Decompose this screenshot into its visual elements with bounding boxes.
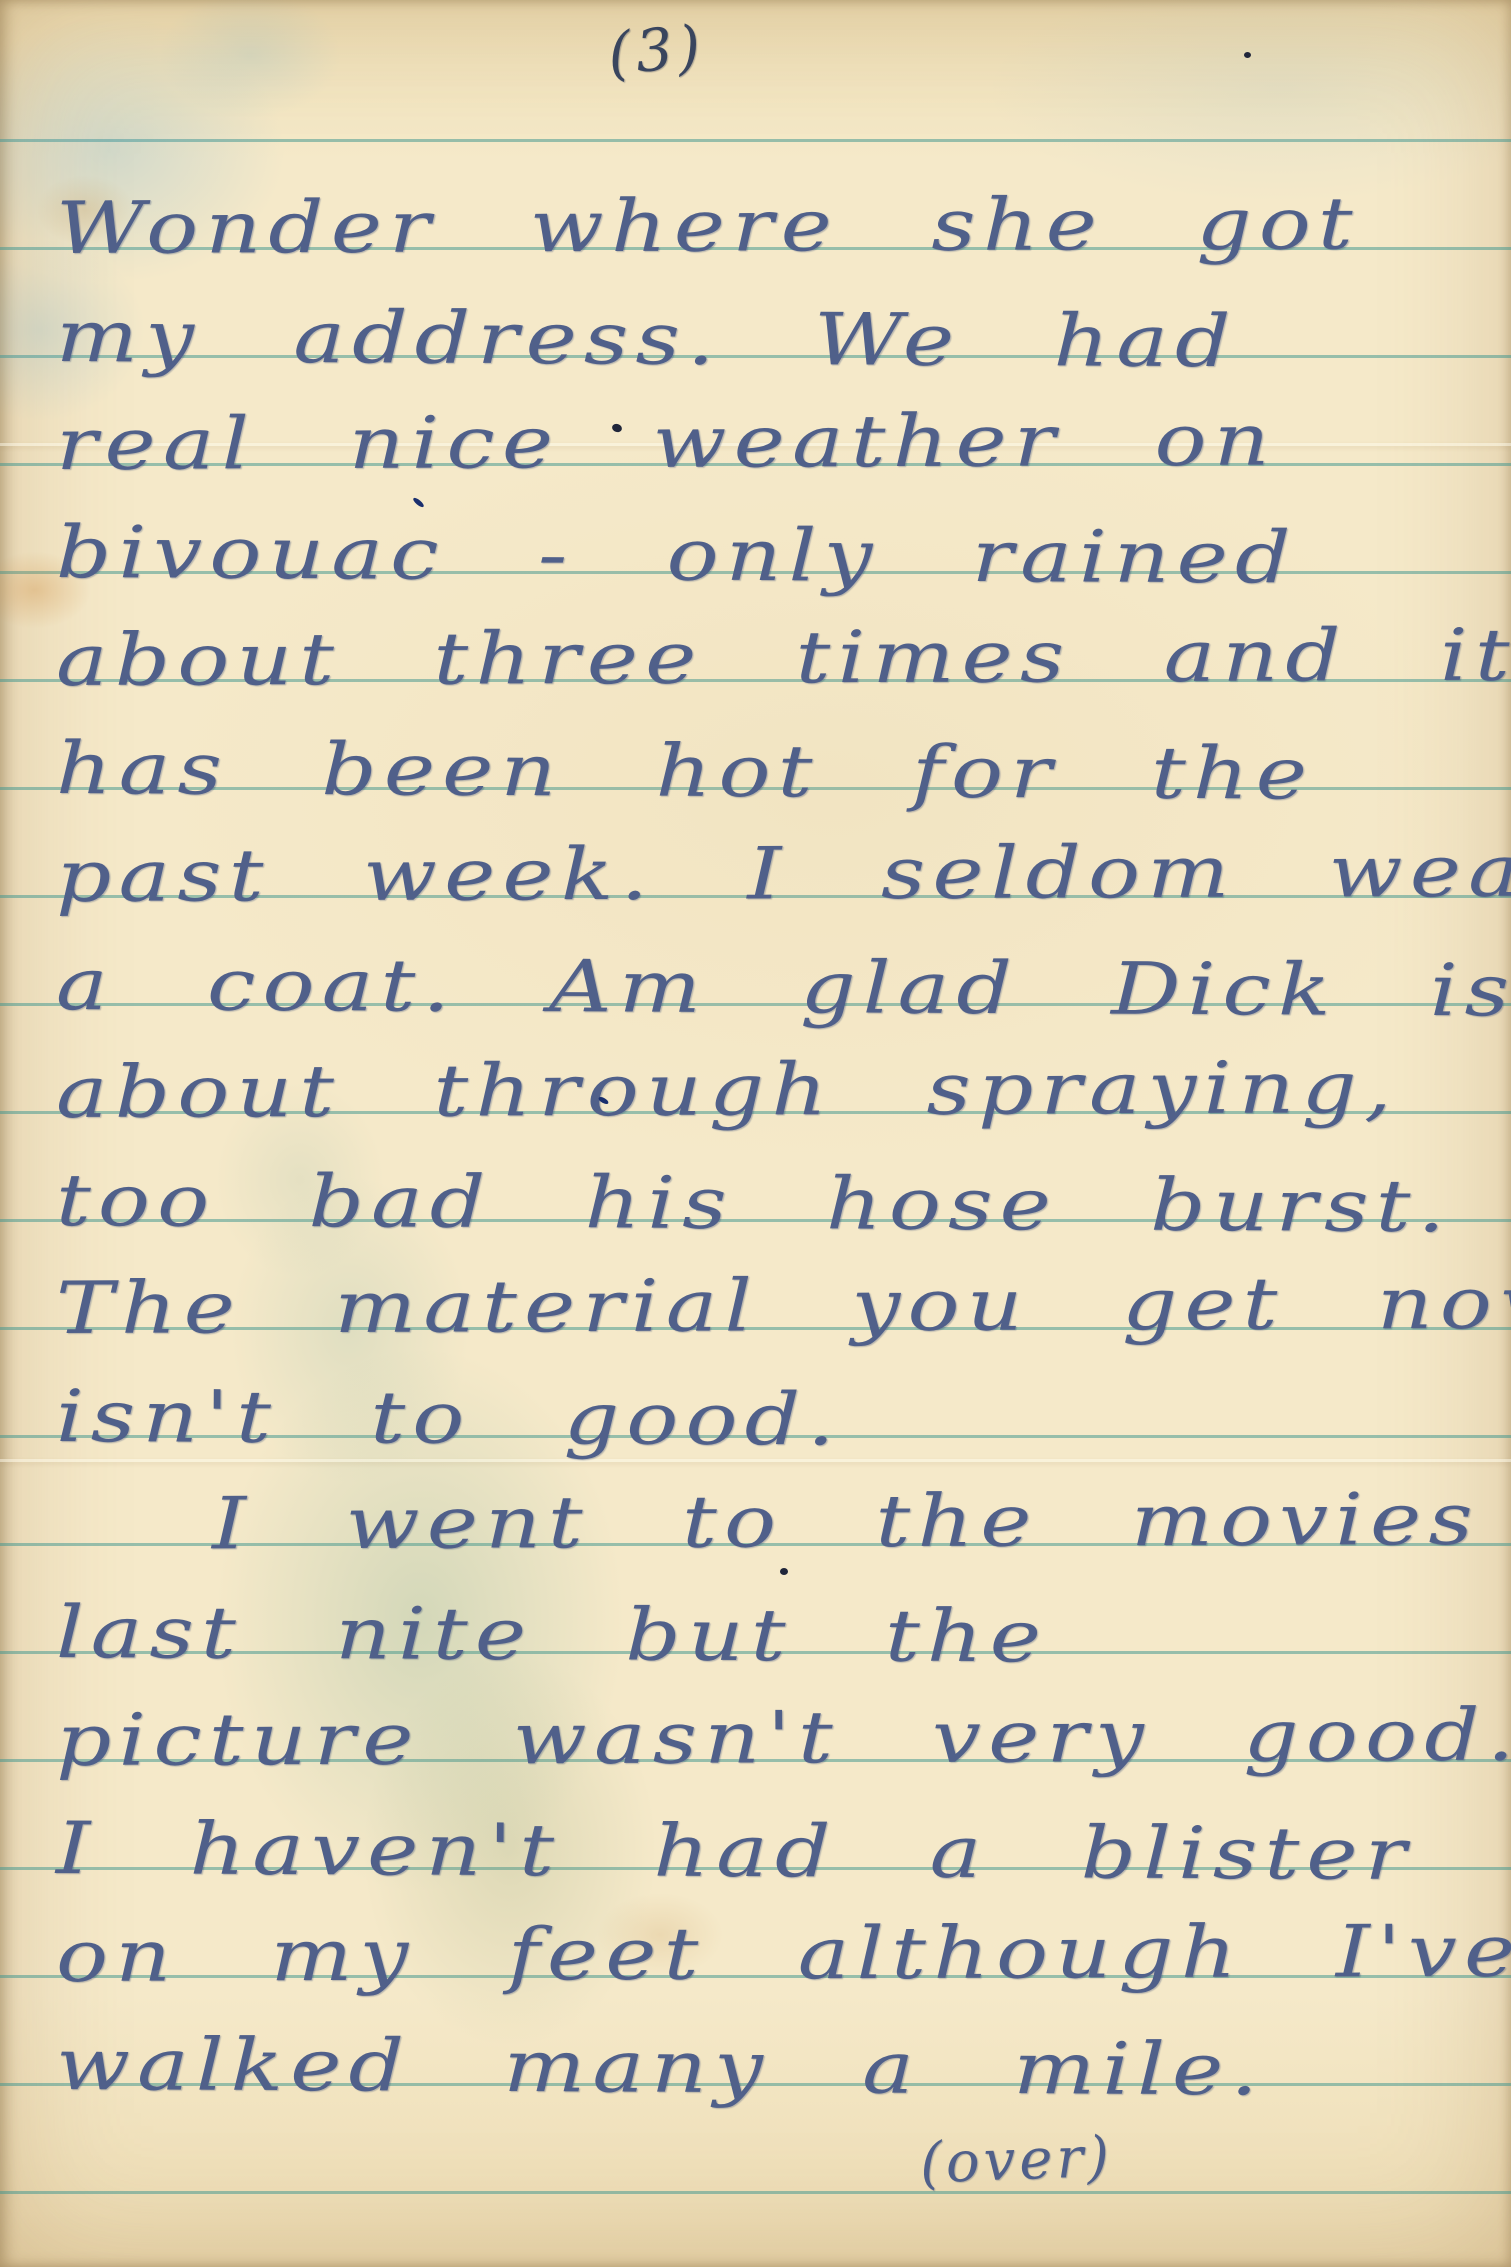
over-note: (over) <box>919 2125 1114 2197</box>
handwriting-line: isn't to good. <box>56 1362 1511 1477</box>
handwriting-line: The material you get now <box>56 1248 1511 1362</box>
handwriting-line: Wonder where she got <box>56 168 1511 282</box>
handwriting-line: past week. I seldom wear <box>56 816 1511 930</box>
handwriting-line: on my feet although I've <box>56 1896 1511 2010</box>
handwriting-line: too bad his hose burst. <box>56 1146 1511 1261</box>
handwriting-line: I went to the movies <box>56 1464 1511 1578</box>
page-number: (3) <box>605 12 708 88</box>
handwriting-line: my address. We had <box>56 282 1511 397</box>
handwriting-line: has been hot for the <box>56 714 1511 829</box>
letter-body: Wonder where she got my address. We had … <box>56 174 1326 2118</box>
handwriting-line: walked many a mile. <box>56 2010 1511 2125</box>
handwriting-line: about three times and it <box>56 600 1511 714</box>
handwriting-line: last nite but the <box>56 1578 1511 1693</box>
handwriting-line: a coat. Am glad Dick is <box>56 930 1511 1045</box>
handwriting-line: bivouac - only rained <box>56 498 1511 613</box>
handwriting-line: I haven't had a blister <box>56 1794 1511 1909</box>
handwriting-line: about through spraying, <box>56 1032 1511 1146</box>
handwriting-line: real nice weather on <box>56 384 1511 498</box>
handwriting-line: picture wasn't very good. <box>56 1680 1511 1794</box>
ink-speck <box>780 1568 788 1575</box>
ink-speck <box>1244 52 1251 58</box>
letter-page: (3) Wonder where she got my address. We … <box>0 0 1511 2267</box>
